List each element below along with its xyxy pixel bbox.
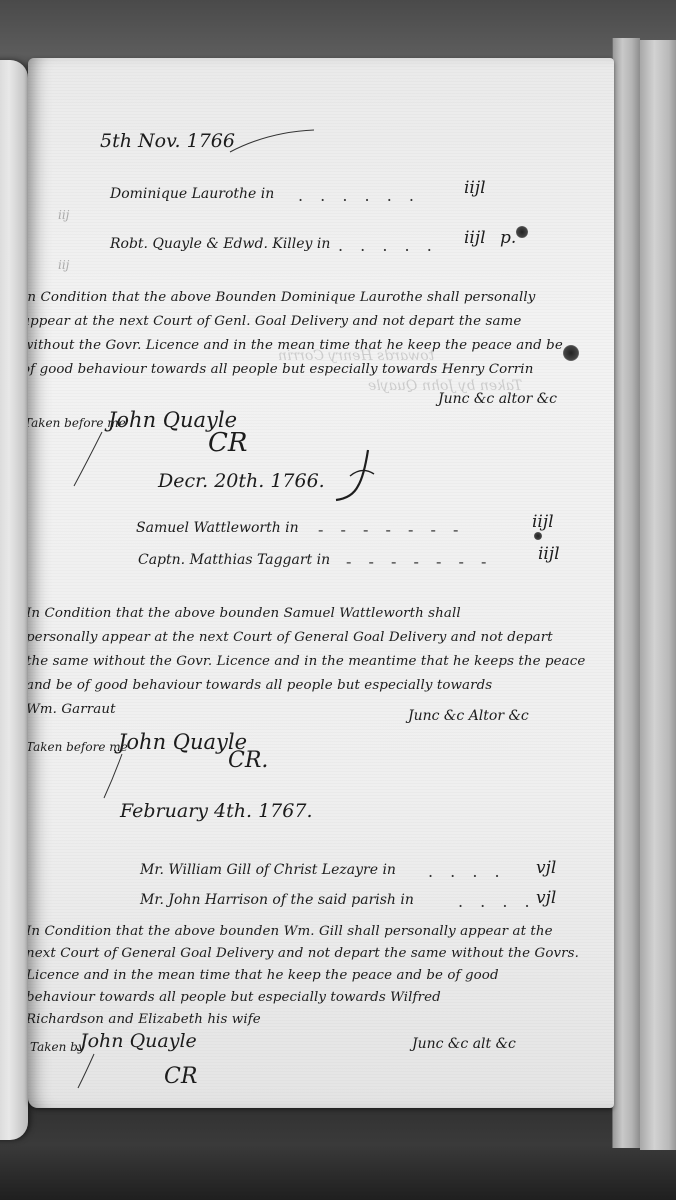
condition-line: Richardson and Elizabeth his wife bbox=[28, 1012, 261, 1027]
book-binding-edge bbox=[640, 40, 676, 1150]
condition-line: behaviour towards all people but especia… bbox=[28, 990, 441, 1005]
leader-dots: . . . . bbox=[458, 892, 536, 911]
signature-flourish bbox=[72, 1052, 102, 1092]
bond-amount: iijl bbox=[464, 228, 486, 248]
signature-flourish bbox=[68, 430, 108, 490]
leader-dots: . . . . . bbox=[338, 236, 438, 255]
book-binding-strip bbox=[612, 38, 640, 1148]
condition-line: In Condition that the above bounden Wm. … bbox=[28, 924, 553, 939]
leader-dots: . . . . bbox=[428, 862, 506, 881]
entry-date: February 4th. 1767. bbox=[120, 800, 313, 822]
condition-line: the same without the Govr. Licence and i… bbox=[28, 654, 585, 669]
condition-line: appear at the next Court of Genl. Goal D… bbox=[28, 314, 521, 329]
bond-amount: iijl bbox=[538, 544, 560, 564]
condition-line: of good behaviour towards all people but… bbox=[28, 362, 533, 377]
condition-line: Wm. Garraut bbox=[28, 702, 116, 717]
bond-amount: iijl bbox=[464, 178, 486, 198]
ink-blot bbox=[563, 345, 579, 361]
ink-blot bbox=[534, 532, 542, 540]
signature-mark: CR bbox=[208, 428, 247, 458]
bond-amount: iijl bbox=[532, 512, 554, 532]
condition-line: Licence and in the mean time that he kee… bbox=[28, 968, 499, 983]
condition-line: next Court of General Goal Delivery and … bbox=[28, 946, 579, 961]
signature: John Quayle bbox=[80, 1030, 197, 1052]
margin-mark: iij bbox=[58, 258, 69, 272]
entry-date: Decr. 20th. 1766. bbox=[158, 470, 325, 492]
party-name: Dominique Laurothe in bbox=[110, 186, 274, 202]
bond-amount: vjl bbox=[536, 888, 556, 908]
manuscript-page: Taken by John Quayle towards Henry Corri… bbox=[28, 58, 614, 1108]
clerk-annotation: Junc &c Altor &c bbox=[408, 708, 529, 724]
party-name: Captn. Matthias Taggart in bbox=[138, 552, 330, 568]
condition-line: personally appear at the next Court of G… bbox=[28, 630, 553, 645]
condition-line: and be of good behaviour towards all peo… bbox=[28, 678, 492, 693]
signature-mark: CR. bbox=[228, 748, 268, 773]
margin-mark: iij bbox=[58, 208, 69, 222]
leader-dots: . . . . . . bbox=[298, 186, 420, 205]
signature-mark: CR bbox=[164, 1064, 197, 1089]
date-flourish bbox=[228, 126, 318, 156]
ink-flourish bbox=[328, 446, 388, 506]
condition-line: without the Govr. Licence and in the mea… bbox=[28, 338, 563, 353]
signature-flourish bbox=[98, 752, 128, 802]
entry-date: 5th Nov. 1766 bbox=[100, 130, 235, 152]
leader-dots: - - - - - - - bbox=[346, 552, 492, 571]
party-name: Mr. William Gill of Christ Lezayre in bbox=[140, 862, 396, 878]
condition-line: In Condition that the above Bounden Domi… bbox=[28, 290, 535, 305]
party-name: Samuel Wattleworth in bbox=[136, 520, 299, 536]
leader-dots: - - - - - - - bbox=[318, 520, 464, 539]
party-name: Mr. John Harrison of the said parish in bbox=[140, 892, 414, 908]
bond-amount: vjl bbox=[536, 858, 556, 878]
facing-page-edge bbox=[0, 60, 28, 1140]
condition-line: In Condition that the above bounden Samu… bbox=[28, 606, 461, 621]
amount-note: p. bbox=[500, 228, 516, 248]
ink-blot bbox=[516, 226, 528, 238]
clerk-annotation: Junc &c alt &c bbox=[412, 1036, 516, 1052]
clerk-annotation: Junc &c altor &c bbox=[438, 391, 557, 407]
party-name: Robt. Quayle & Edwd. Killey in bbox=[110, 236, 330, 252]
